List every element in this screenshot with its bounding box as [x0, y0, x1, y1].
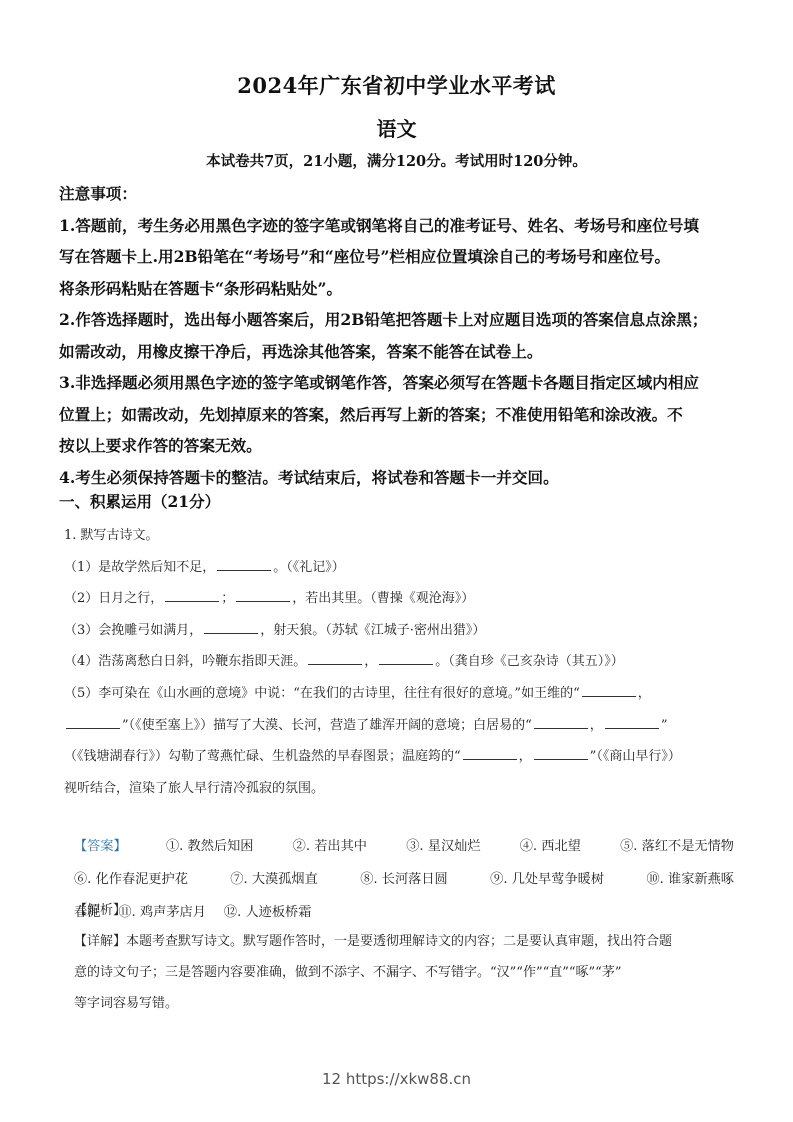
- notes-line: 将条形码粘贴在答题卡“条形码粘贴处”。: [59, 273, 739, 305]
- notes-line: 3.非选择题必须用黑色字迹的签字笔或钢笔作答，答案必须写在答题卡各题目指定区域内…: [59, 367, 739, 399]
- notes-line: 1.答题前，考生务必用黑色字迹的签字笔或钢笔将自己的准考证号、姓名、考场号和座位…: [59, 210, 739, 242]
- answer-item: ③. 星汉灿烂: [406, 830, 480, 863]
- section-title: 一、积累运用（21分）: [59, 490, 220, 512]
- question-text: ”（《商山早行》）: [590, 749, 681, 764]
- question-text: ，: [638, 686, 651, 701]
- question-text: （5）李可染在《山水画的意境》中说：“在我们的古诗里，往往有很好的意境。”如王维…: [64, 686, 580, 701]
- question-item-1: （1）是故学然后知不足，。（《礼记》）: [64, 552, 744, 584]
- answer-item: ⑩. 谁家新燕啄: [646, 863, 734, 896]
- answer-blank: [165, 589, 219, 602]
- analysis-tag: 【解析】: [74, 895, 734, 926]
- answer-blank: [308, 652, 362, 665]
- question-text: ，: [590, 718, 603, 733]
- notes-block: 注意事项： 1.答题前，考生务必用黑色字迹的签字笔或钢笔将自己的准考证号、姓名、…: [59, 178, 739, 493]
- analysis-line: 等字词容易写错。: [74, 988, 734, 1019]
- notes-heading: 注意事项：: [59, 178, 739, 210]
- question-item-5-cont: （《钱塘湖春行》）勾勒了莺燕忙碌、生机盎然的早春图景；温庭筠的“，”（《商山早行…: [64, 741, 744, 773]
- question-item-5-cont: 视听结合，渲染了旅人早行清冷孤寂的氛围。: [64, 773, 744, 805]
- question-text: ，: [519, 749, 532, 764]
- question-text: （《钱塘湖春行》）勾勒了莺燕忙碌、生机盎然的早春图景；温庭筠的“: [64, 749, 461, 764]
- answer-blank: [66, 716, 120, 729]
- question-text: 。（《礼记》）: [273, 560, 345, 575]
- answer-blank: [463, 747, 517, 760]
- answer-item: ④. 西北望: [520, 830, 581, 863]
- answer-tag: 【答案】: [74, 830, 127, 863]
- subject-title: 语文: [0, 113, 793, 142]
- notes-line: 按以上要求作答的答案无效。: [59, 430, 739, 462]
- answer-item: ⑥. 化作春泥更护花: [74, 863, 188, 896]
- answer-line: 【答案】 ①. 教然后知困 ②. 若出其中 ③. 星汉灿烂 ④. 西北望 ⑤. …: [74, 830, 734, 863]
- question-item-5: （5）李可染在《山水画的意境》中说：“在我们的古诗里，往往有很好的意境。”如王维…: [64, 678, 744, 710]
- exam-title: 2024年广东省初中学业水平考试: [0, 70, 793, 100]
- question-item-5-cont: ”（《使至塞上》）描写了大漠、长河，营造了雄浑开阔的意境；白居易的“，”: [64, 710, 744, 742]
- answer-blank: [534, 747, 588, 760]
- answer-blank: [204, 621, 258, 634]
- notes-line: 2.作答选择题时，选出每小题答案后，用2B铅笔把答题卡上对应题目选项的答案信息点…: [59, 304, 739, 336]
- question-text: ”（《使至塞上》）描写了大漠、长河，营造了雄浑开阔的意境；白居易的“: [122, 718, 532, 733]
- analysis-block: 【解析】 【详解】本题考查默写诗文。默写题作答时，一是要透彻理解诗文的内容；二是…: [74, 895, 734, 1019]
- answer-item: ⑨. 几处早莺争暖树: [490, 863, 604, 896]
- answer-blank: [379, 652, 433, 665]
- answer-blank: [534, 716, 588, 729]
- answer-line: ⑥. 化作春泥更护花 ⑦. 大漠孤烟直 ⑧. 长河落日圆 ⑨. 几处早莺争暖树 …: [74, 863, 734, 896]
- detail-tag: 【详解】: [74, 934, 126, 949]
- notes-line: 位置上；如需改动，先划掉原来的答案，然后再写上新的答案；不准使用铅笔和涂改液。不: [59, 399, 739, 431]
- question-item-3: （3）会挽雕弓如满月，，射天狼。（苏轼《江城子·密州出猎》）: [64, 615, 744, 647]
- question-1: 1. 默写古诗文。 （1）是故学然后知不足，。（《礼记》） （2）日月之行，；，…: [64, 520, 744, 804]
- answer-blank: [236, 589, 290, 602]
- question-text: 。（龚自珍《己亥杂诗（其五）》）: [435, 654, 624, 669]
- exam-page: 2024年广东省初中学业水平考试 语文 本试卷共7页，21小题，满分120分。考…: [0, 0, 793, 1122]
- answer-item: ⑤. 落红不是无情物: [620, 830, 734, 863]
- question-text: （1）是故学然后知不足，: [64, 560, 215, 575]
- question-text: ，若出其里。（曹操《观沧海》）: [292, 591, 474, 606]
- answer-item: ⑧. 长河落日圆: [360, 863, 448, 896]
- question-text: ，射天狼。（苏轼《江城子·密州出猎》）: [260, 623, 485, 638]
- notes-line: 4.考生必须保持答题卡的整洁。考试结束后，将试卷和答题卡一并交回。: [59, 462, 739, 494]
- notes-line: 写在答题卡上.用2B铅笔在“考场号”和“座位号”栏相应位置填涂自己的考场号和座位…: [59, 241, 739, 273]
- question-title: 1. 默写古诗文。: [64, 520, 744, 552]
- question-text: （2）日月之行，: [64, 591, 163, 606]
- answer-item: ②. 若出其中: [293, 830, 367, 863]
- answer-blank: [582, 684, 636, 697]
- notes-line: 如需改动，用橡皮擦干净后，再选涂其他答案，答案不能答在试卷上。: [59, 336, 739, 368]
- answer-blank: [217, 558, 271, 571]
- analysis-line: 【详解】本题考查默写诗文。默写题作答时，一是要透彻理解诗文的内容；二是要认真审题…: [74, 926, 734, 957]
- question-text: ；: [221, 591, 234, 606]
- analysis-text: 本题考查默写诗文。默写题作答时，一是要透彻理解诗文的内容；二是要认真审题，找出符…: [126, 934, 672, 949]
- question-item-2: （2）日月之行，；，若出其里。（曹操《观沧海》）: [64, 583, 744, 615]
- answer-item: ①. 教然后知困: [166, 830, 254, 863]
- exam-info: 本试卷共7页，21小题，满分120分。考试用时120分钟。: [0, 150, 793, 171]
- question-text: ，: [364, 654, 377, 669]
- analysis-line: 意的诗文句子；三是答题内容要准确，做到不添字、不漏字、不写错字。“汉”“作”“直…: [74, 957, 734, 988]
- question-text: ”: [661, 718, 668, 733]
- question-text: （4）浩荡离愁白日斜，吟鞭东指即天涯。: [64, 654, 306, 669]
- answer-item: ⑦. 大漠孤烟直: [230, 863, 318, 896]
- answer-blank: [605, 716, 659, 729]
- question-item-4: （4）浩荡离愁白日斜，吟鞭东指即天涯。，。（龚自珍《己亥杂诗（其五）》）: [64, 646, 744, 678]
- question-text: （3）会挽雕弓如满月，: [64, 623, 202, 638]
- page-footer: 12 https://xkw88.cn: [0, 1070, 793, 1088]
